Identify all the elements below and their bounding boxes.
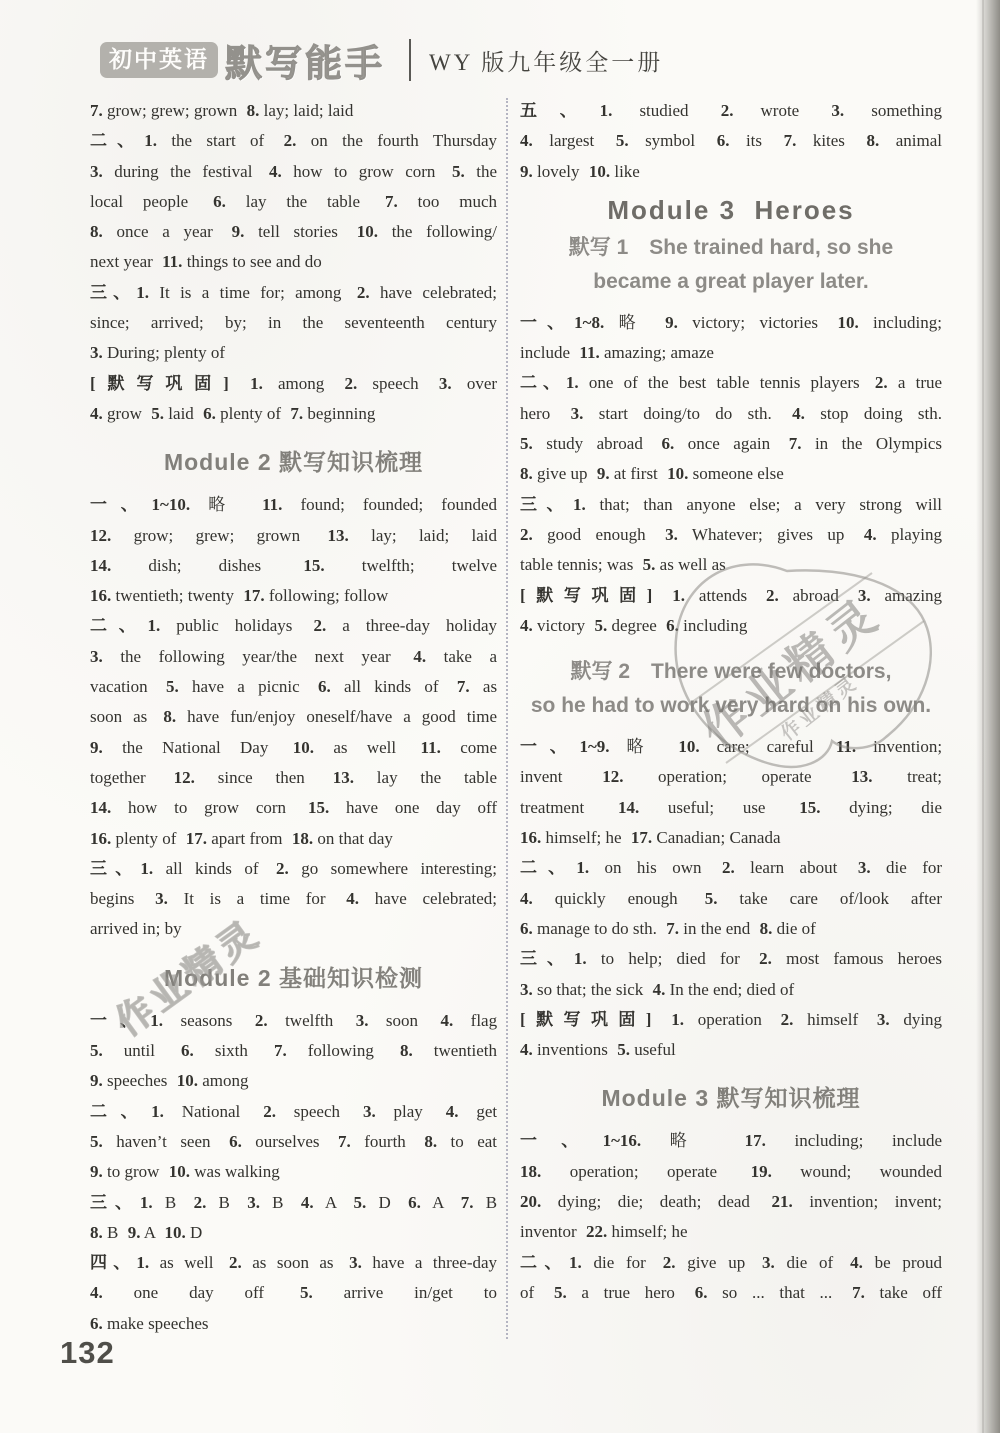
item-number: 15. [303,556,324,575]
item-number: 4. [520,1040,533,1059]
answer-text: useful [634,1040,676,1059]
header-divider [409,39,411,81]
item-number: 15. [799,798,820,817]
answer-text: a three-day holiday [342,616,497,635]
item-number: 5. [616,131,629,150]
answer-text: 略 [627,737,657,756]
item-number: 9. [128,1223,141,1242]
answer-line: 三、1. all kinds of 2. go somewhere intere… [90,854,497,884]
answer-text: amazing; amaze [604,343,714,362]
item-number: 8. [163,707,176,726]
item-number: 7. [385,192,398,211]
answer-block: 一、1. seasons 2. twelfth 3. soon 4. flag … [90,1006,497,1339]
answer-block: 一、1~10. 略 11. found; founded; founded 12… [90,490,497,944]
answer-text: the following year/the next year [120,647,390,666]
item-number: 6. [520,919,533,938]
answer-line: 二、1. National 2. speech 3. play 4. get [90,1097,497,1127]
answer-line: 3. so that; the sick 4. In the end; died… [520,975,942,1005]
answer-text: 略 [208,495,239,514]
answer-block: 一、1~9. 略 10. care; careful 11. invention… [520,732,942,1065]
item-number: 11. [421,738,441,757]
answer-text: plenty of [116,829,177,848]
item-number: 6. [666,616,679,635]
answer-text: operation; operate [570,1162,717,1181]
item-number: 7. [290,404,303,423]
answer-text: the [476,162,497,181]
item-number: 8. [90,222,103,241]
item-number: 2. [276,859,289,878]
item-number: 10. [589,162,610,181]
answer-text: to help; died for [601,949,740,968]
answer-line: 5. until 6. sixth 7. following 8. twenti… [90,1036,497,1066]
item-number: 7. [338,1132,351,1151]
answer-key-content: 7. grow; grew; grown 8. lay; laid; laid … [90,96,942,1339]
answer-text: plenty of [220,404,281,423]
answer-text: begins [90,889,134,908]
answer-text: the National Day [122,738,268,757]
item-number: 2. [663,1253,676,1272]
answer-text: have a three-day [372,1253,497,1272]
answer-text: seasons [180,1011,232,1030]
answer-text: so that; the sick [537,980,643,999]
answer-text: victory [537,616,585,635]
answer-text: kites [813,131,845,150]
item-number: 三、1. [520,495,586,514]
answer-text: operation; operate [658,767,812,786]
item-number: 7. [852,1283,865,1302]
answer-text: care; careful [717,737,814,756]
answer-line: 6. manage to do sth. 7. in the end 8. di… [520,914,942,944]
item-number: 4. [90,1283,103,1302]
answer-text: speeches [107,1071,167,1090]
answer-text: among [278,374,324,393]
item-number: 3. [363,1102,376,1121]
item-number: 5. [643,555,656,574]
answer-line: 9. speeches 10. among [90,1066,497,1096]
answer-text: table tennis; was [520,555,633,574]
answer-text: lovely [537,162,580,181]
answer-text: attends [699,586,747,605]
item-number: 21. [772,1192,793,1211]
section-heading: Module 3 默写知识梳理 [520,1080,942,1113]
item-number: 5. [520,434,533,453]
answer-text: soon [386,1011,418,1030]
item-number: 9. [597,464,610,483]
item-number: 17. [631,828,652,847]
answer-line: 8. give up 9. at first 10. someone else [520,459,942,489]
answer-text: B [219,1193,230,1212]
answer-text: together [90,768,146,787]
item-number: 13. [328,526,349,545]
item-number: 一、1~16. [520,1131,641,1150]
answer-text: give up [537,464,588,483]
item-number: 16. [90,586,111,605]
item-number: 三、1. [90,1193,153,1212]
item-number: 5. [617,1040,630,1059]
answer-text: since then [218,768,305,787]
item-number: 9. [90,1071,103,1090]
item-number: 8. [867,131,880,150]
answer-text: arrive in/get to [344,1283,497,1302]
item-number: 6. [717,131,730,150]
item-number: 10. [169,1162,190,1181]
item-number: 14. [618,798,639,817]
item-number: 3. [349,1253,362,1272]
answer-text: apart from [211,829,282,848]
item-number: 8. [520,464,533,483]
answer-text: include [520,343,570,362]
answer-text: since; arrived; by; in the seventeenth c… [90,313,497,332]
column-left: 7. grow; grew; grown 8. lay; laid; laid … [90,96,497,1339]
answer-line: 2. good enough 3. Whatever; gives up 4. … [520,520,942,550]
column-right: 五、1. studied 2. wrote 3. something 4. la… [520,96,942,1339]
answer-text: twentieth; twenty [116,586,235,605]
item-number: 四、1. [90,1253,149,1272]
answer-text: victory; victories [692,313,818,332]
item-number: 6. [203,404,216,423]
answer-text: grow; grew; grown [134,526,301,545]
answer-text: degree [612,616,657,635]
bracket-label: [默写巩固] [520,1010,652,1029]
answer-text: D [378,1193,390,1212]
answer-text: 略 [619,313,646,332]
answer-text: invention; [873,737,942,756]
item-number: 3. [858,586,871,605]
answer-text: following; follow [269,586,388,605]
answer-line: 4. grow 5. laid 6. plenty of 7. beginnin… [90,399,497,429]
item-number: 2. [520,525,533,544]
answer-text: take a [444,647,497,666]
answer-text: vacation [90,677,148,696]
answer-text: its [746,131,762,150]
item-number: 6. [408,1193,421,1212]
answer-line: table tennis; was 5. as well as [520,550,942,580]
item-number: 9. [232,222,245,241]
answer-text: treat; [907,767,942,786]
answer-text: twelfth; twelve [362,556,497,575]
answer-text: himself; he [546,828,622,847]
answer-block: 一、1~8. 略 9. victory; victories 10. inclu… [520,308,942,641]
answer-text: animal [896,131,942,150]
answer-text: 略 [670,1131,711,1150]
answer-text: invent [520,767,563,786]
item-number: 9. [90,1162,103,1181]
item-number: 4. [301,1193,314,1212]
item-number: 13. [333,768,354,787]
bracket-label: [默写巩固] [90,374,230,393]
item-number: 5. [452,162,465,181]
answer-text: things to see and do [187,252,322,271]
answer-text: wound; wounded [800,1162,942,1181]
answer-text: study abroad [546,434,643,453]
item-number: 9. [520,162,533,181]
item-number: 一、1~9. [520,737,610,756]
answer-text: beginning [307,404,375,423]
item-number: 4. [520,616,533,635]
answer-line: 4. one day off 5. arrive in/get to [90,1278,497,1308]
item-number: 2. [875,373,888,392]
answer-text: manage to do sth. [537,919,657,938]
answer-text: have a picnic [192,677,300,696]
item-number: 5. [705,889,718,908]
series-badge: 初中英语 [100,42,218,78]
answer-line: 二、1. the start of 2. on the fourth Thurs… [90,126,497,156]
answer-text: next year [90,252,153,271]
item-number: 4. [653,980,666,999]
answer-text: someone else [693,464,784,483]
subheading-line: so he had to work very hard on his own. [520,689,942,723]
edition-label: WY 版九年级全一册 [429,44,663,77]
answer-text: like [614,162,640,181]
answer-text: over [467,374,497,393]
item-number: 3. [90,343,103,362]
answer-text: It is a time for [184,889,326,908]
answer-text: lay the table [246,192,360,211]
item-number: 二、1. [520,1253,582,1272]
answer-text: local people [90,192,188,211]
answer-text: make speeches [107,1314,208,1333]
answer-text: once again [688,434,770,453]
answer-text: A [144,1223,155,1242]
subheading-line: became a great player later. [520,265,942,299]
item-number: 3. [858,858,871,877]
item-number: 6. [181,1041,194,1060]
answer-line: 一、1~8. 略 9. victory; victories 10. inclu… [520,308,942,338]
answer-text: laid [168,404,194,423]
item-number: 10. [667,464,688,483]
answer-line: 9. to grow 10. was walking [90,1157,497,1187]
item-number: 7. [90,101,103,120]
answer-text: take care of/look after [739,889,942,908]
section-heading: Module 2 基础知识检测 [90,960,497,993]
item-number: 3. [247,1193,260,1212]
answer-text: A [325,1193,336,1212]
page-number: 132 [60,1335,115,1371]
answer-text: all kinds of [166,859,259,878]
answer-line: 二、1. public holidays 2. a three-day holi… [90,611,497,641]
answer-line: 8. B 9. A 10. D [90,1218,497,1248]
column-divider [506,98,508,1339]
answer-line: treatment 14. useful; use 15. dying; die [520,793,942,823]
answer-line: 20. dying; die; death; dead 21. inventio… [520,1187,942,1217]
item-number: 6. [318,677,331,696]
answer-text: hero [520,404,550,423]
answer-text: twelfth [285,1011,333,1030]
answer-text: arrived in; by [90,919,182,938]
item-number: 2. [345,374,358,393]
item-number: 2. [759,949,772,968]
answer-text: lay; laid; laid [371,526,497,545]
answer-line: 14. dish; dishes 15. twelfth; twelve [90,551,497,581]
item-number: 5. [90,1132,103,1151]
answer-text: die of [777,919,816,938]
answer-line: 一、1~16. 略 17. including; include [520,1126,942,1156]
answer-text: soon as [90,707,147,726]
item-number: 2. [781,1010,794,1029]
item-number: 10. [293,738,314,757]
answer-line: 8. once a year 9. tell stories 10. the f… [90,217,497,247]
answer-line: 4. inventions 5. useful [520,1035,942,1065]
item-number: 8. [400,1041,413,1060]
item-number: 7. [789,434,802,453]
answer-line: 3. during the festival 4. how to grow co… [90,157,497,187]
answer-text: useful; use [668,798,766,817]
answer-text: something [871,101,942,120]
answer-text: symbol [645,131,695,150]
answer-text: National [182,1102,241,1121]
answer-text: one day off [134,1283,264,1302]
answer-text: so ... that ... [722,1283,832,1302]
answer-text: lay the table [377,768,497,787]
book-header: 初中英语 默写能手 WY 版九年级全一册 [100,33,663,87]
answer-text: including; include [794,1131,942,1150]
answer-text: amazing [884,586,942,605]
answer-block: 五、1. studied 2. wrote 3. something 4. la… [520,96,942,187]
answer-text: dish; dishes [148,556,261,575]
answer-text: quickly enough [555,889,678,908]
answer-line: 五、1. studied 2. wrote 3. something [520,96,942,126]
item-number: 16. [90,829,111,848]
item-number: 11. [162,252,182,271]
answer-line: 5. haven’t seen 6. ourselves 7. fourth 8… [90,1127,497,1157]
item-number: 4. [520,889,533,908]
answer-text: in the Olympics [815,434,942,453]
answer-text: following [308,1041,374,1060]
answer-text: found; founded; founded [300,495,497,514]
answer-text: haven’t seen [116,1132,210,1151]
answer-line: 16. twentieth; twenty 17. following; fol… [90,581,497,611]
answer-text: die of [787,1253,834,1272]
answer-line: inventor 22. himself; he [520,1217,942,1247]
answer-text: as [483,677,497,696]
item-number: 9. [665,313,678,332]
answer-text: take off [880,1283,943,1302]
item-number: 7. [784,131,797,150]
item-number: 3. [520,980,533,999]
item-number: 1. [250,374,263,393]
answer-text: B [107,1223,118,1242]
item-number: 4. [441,1011,454,1030]
item-number: 2. [722,858,735,877]
answer-text: as soon as [252,1253,333,1272]
item-number: 4. [850,1253,863,1272]
answer-text: flag [471,1011,497,1030]
item-number: 2. [357,283,370,302]
item-number: 2. [194,1193,207,1212]
answer-line: since; arrived; by; in the seventeenth c… [90,308,497,338]
answer-text: how to grow corn [293,162,435,181]
answer-text: wrote [761,101,800,120]
answer-text: abroad [793,586,839,605]
answer-line: arrived in; by [90,914,497,944]
item-number: 7. [666,919,679,938]
answer-text: B [272,1193,283,1212]
answer-text: D [190,1223,202,1242]
answer-text: dying; die [849,798,942,817]
answer-line: local people 6. lay the table 7. too muc… [90,187,497,217]
answer-text: have fun/enjoy oneself/have a good time [187,707,497,726]
item-number: 3. [665,525,678,544]
item-number: 9. [90,738,103,757]
item-number: 二、1. [90,616,160,635]
answer-text: Canadian; Canada [656,828,780,847]
answer-line: 一、1~10. 略 11. found; founded; founded [90,490,497,520]
answer-text: B [486,1193,497,1212]
answer-text: have one day off [346,798,497,817]
item-number: 4. [413,647,426,666]
item-number: 二、1. [90,1102,164,1121]
answer-text: largest [549,131,594,150]
answer-text: play [394,1102,423,1121]
answer-line: include 11. amazing; amaze [520,338,942,368]
answer-text: that; than anyone else; a very strong wi… [599,495,942,514]
answer-text: During; plenty of [107,343,225,362]
answer-text: operation [698,1010,762,1029]
answer-line: 7. grow; grew; grown 8. lay; laid; laid [90,96,497,126]
item-number: 3. [90,647,103,666]
item-number: 7. [461,1193,474,1212]
answer-text: tell stories [258,222,338,241]
answer-text: stop doing sth. [820,404,942,423]
answer-line: 二、1. one of the best table tennis player… [520,368,942,398]
item-number: 18. [520,1162,541,1181]
item-number: 6. [213,192,226,211]
item-number: 12. [602,767,623,786]
item-number: 8. [247,101,260,120]
answer-line: 二、1. die for 2. give up 3. die of 4. be … [520,1248,942,1278]
item-number: 2. [284,131,297,150]
answer-text: as well as [660,555,726,574]
answer-text: to eat [451,1132,498,1151]
item-number: 3. [762,1253,775,1272]
item-number: 10. [678,737,699,756]
answer-line: 4. largest 5. symbol 6. its 7. kites 8. … [520,126,942,156]
answer-text: learn about [750,858,837,877]
answer-text: be proud [875,1253,942,1272]
item-number: 11. [262,495,282,514]
answer-text: among [202,1071,248,1090]
module-title: Module 3 Heroes [520,195,942,226]
item-number: 14. [90,798,111,817]
answer-text: as well [160,1253,214,1272]
answer-line: next year 11. things to see and do [90,247,497,277]
item-number: 一、1~10. [90,495,190,514]
item-number: 7. [274,1041,287,1060]
answer-text: until [124,1041,155,1060]
item-number: 5. [166,677,179,696]
item-number: 8. [424,1132,437,1151]
answer-text: give up [687,1253,745,1272]
item-number: 17. [745,1131,766,1150]
answer-text: grow [107,404,142,423]
item-number: 5. [151,404,164,423]
item-number: 5. [354,1193,367,1212]
answer-line: 16. himself; he 17. Canadian; Canada [520,823,942,853]
answer-text: including; [873,313,942,332]
item-number: 13. [851,767,872,786]
answer-line: together 12. since then 13. lay the tabl… [90,763,497,793]
scan-edge-shadow [976,0,1000,1433]
item-number: 三、1. [90,283,149,302]
answer-text: In the end; died of [670,980,795,999]
dictation-subheading: 默写 2 There were few doctors,so he had to… [520,655,942,723]
item-number: 3. [155,889,168,908]
item-number: 10. [164,1223,185,1242]
item-number: 19. [751,1162,772,1181]
answer-line: invent 12. operation; operate 13. treat; [520,762,942,792]
answer-text: of [520,1283,534,1302]
answer-text: himself [807,1010,858,1029]
